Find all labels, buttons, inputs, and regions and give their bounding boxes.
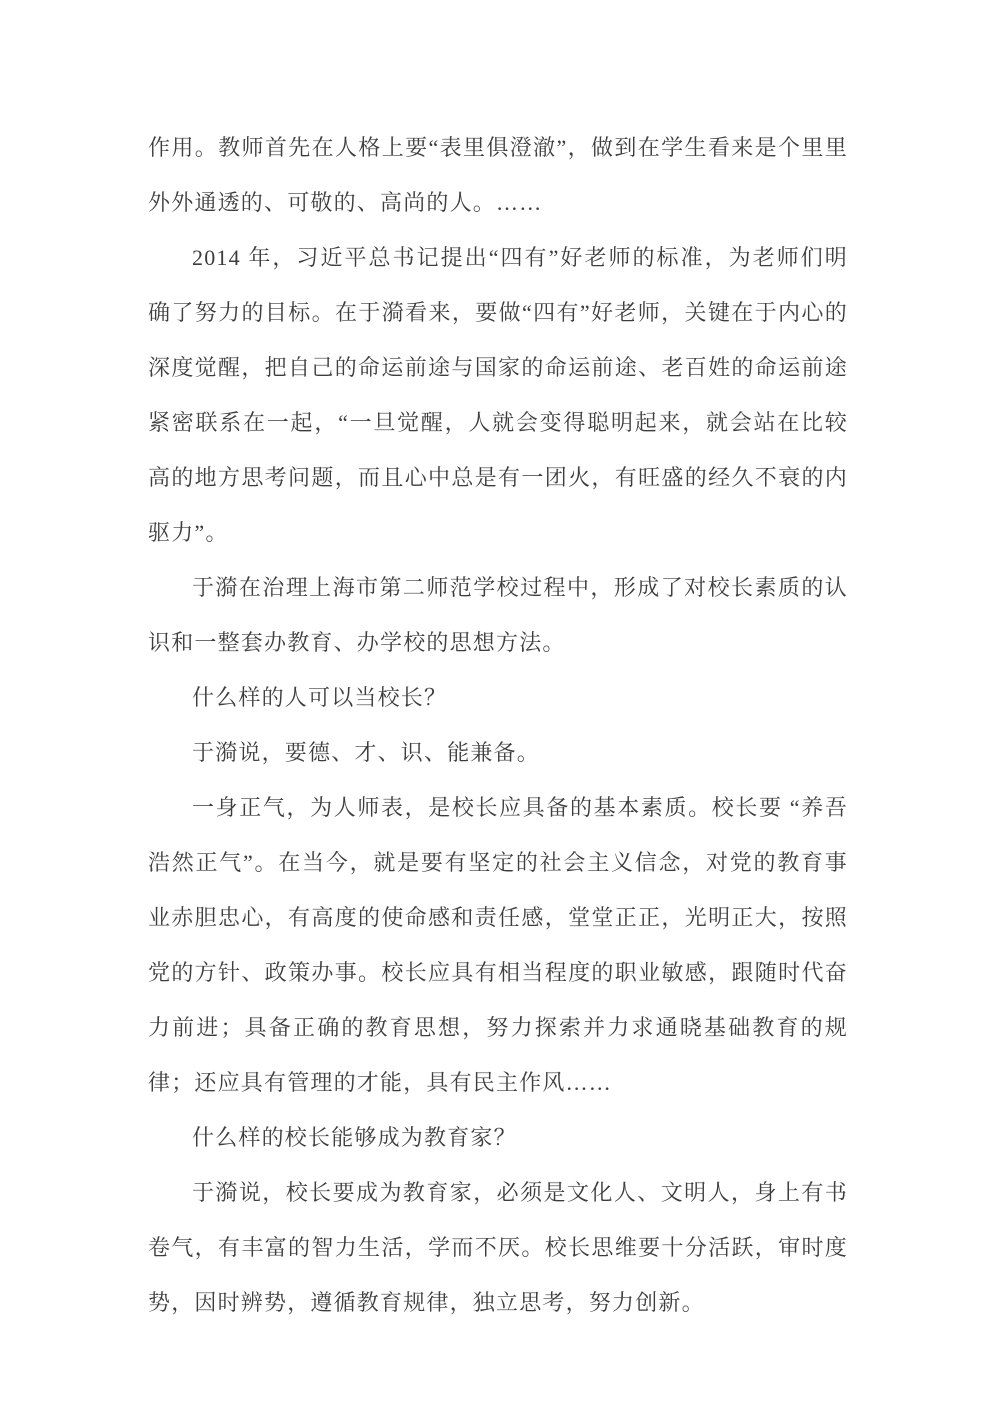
paragraph: 什么样的人可以当校长？ — [148, 670, 848, 725]
paragraph: 作用。教师首先在人格上要“表里俱澄澈”，做到在学生看来是个里里外外通透的、可敬的… — [148, 120, 848, 230]
paragraph: 2014 年，习近平总书记提出“四有”好老师的标准，为老师们明确了努力的目标。在… — [148, 230, 848, 560]
document-body: 作用。教师首先在人格上要“表里俱澄澈”，做到在学生看来是个里里外外通透的、可敬的… — [148, 120, 848, 1330]
paragraph: 于漪说，校长要成为教育家，必须是文化人、文明人，身上有书卷气，有丰富的智力生活，… — [148, 1165, 848, 1330]
document-page: 作用。教师首先在人格上要“表里俱澄澈”，做到在学生看来是个里里外外通透的、可敬的… — [0, 0, 992, 1403]
paragraph: 一身正气，为人师表，是校长应具备的基本素质。校长要 “养吾浩然正气”。在当今，就… — [148, 780, 848, 1110]
paragraph: 什么样的校长能够成为教育家？ — [148, 1110, 848, 1165]
paragraph: 于漪说，要德、才、识、能兼备。 — [148, 725, 848, 780]
paragraph: 于漪在治理上海市第二师范学校过程中，形成了对校长素质的认识和一整套办教育、办学校… — [148, 560, 848, 670]
